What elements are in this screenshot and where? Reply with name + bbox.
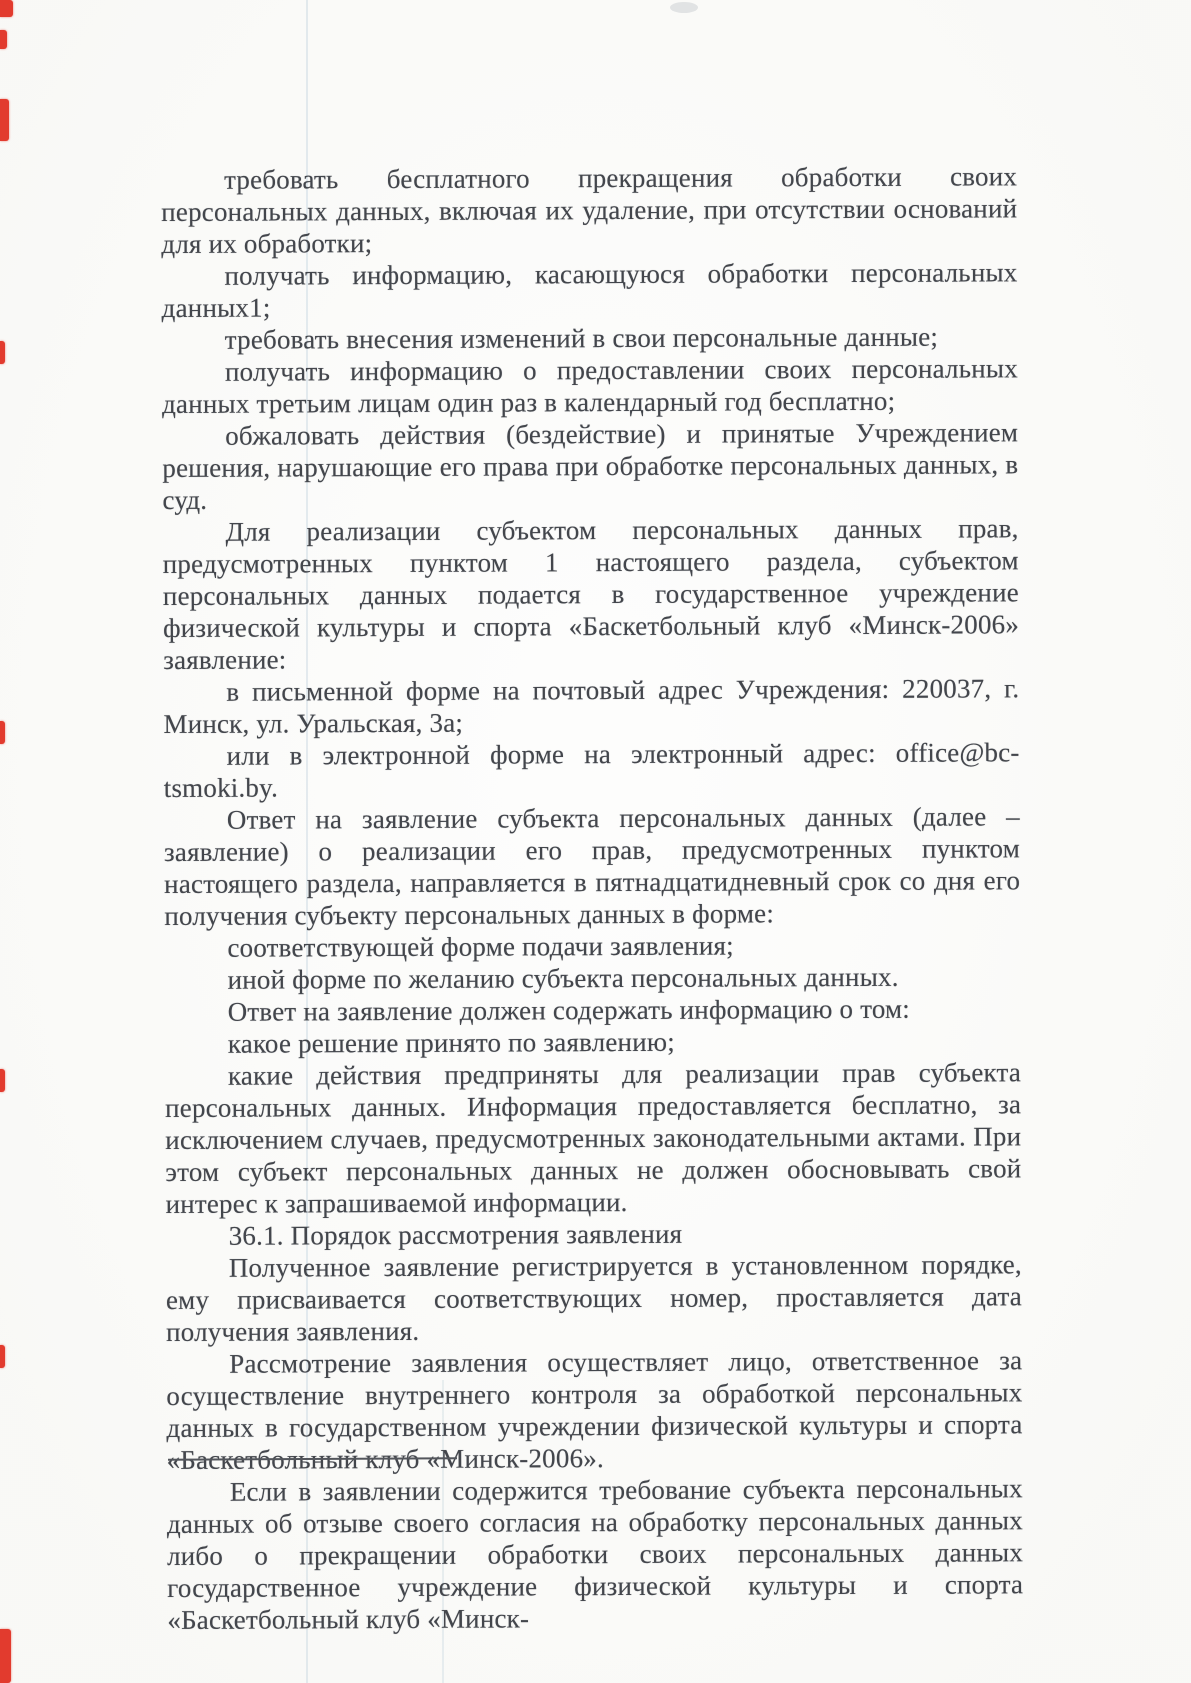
paragraph: Если в заявлении содержится требование с… xyxy=(167,1472,1024,1636)
paragraph: иной форме по желанию субъекта персональ… xyxy=(164,960,1020,996)
paragraph: получать информацию о предоставлении сво… xyxy=(162,352,1018,420)
paragraph: соответствующей форме подачи заявления; xyxy=(164,928,1020,964)
paragraph: требовать внесения изменений в свои перс… xyxy=(162,320,1018,356)
paragraph: Рассмотрение заявления осуществляет лицо… xyxy=(166,1344,1023,1476)
scan-red-edge-mark xyxy=(0,341,5,364)
scan-smudge xyxy=(670,2,698,13)
paragraph: получать информацию, касающуюся обработк… xyxy=(161,256,1017,324)
paragraph: какие действия предприняты для реализаци… xyxy=(165,1056,1022,1220)
section-heading: 36.1. Порядок рассмотрения заявления xyxy=(166,1216,1022,1252)
scan-red-edge-mark xyxy=(0,30,7,49)
scan-red-edge-mark xyxy=(0,1629,11,1683)
paragraph: требовать бесплатного прекращения обрабо… xyxy=(161,160,1017,260)
paragraph: в письменной форме на почтовый адрес Учр… xyxy=(163,672,1019,740)
paragraph: какое решение принято по заявлению; xyxy=(165,1024,1021,1060)
scan-red-edge-mark xyxy=(0,1069,5,1092)
scan-red-edge-mark xyxy=(0,1345,5,1368)
scan-red-edge-mark xyxy=(0,0,13,17)
paragraph: Для реализации субъектом персональных да… xyxy=(163,512,1020,676)
paragraph: или в электронной форме на электронный а… xyxy=(164,736,1020,804)
document-text-block: требовать бесплатного прекращения обрабо… xyxy=(161,160,1023,1636)
document-page: требовать бесплатного прекращения обрабо… xyxy=(0,0,1191,1683)
scan-red-edge-mark xyxy=(0,99,9,141)
paragraph: обжаловать действия (бездействие) и прин… xyxy=(162,416,1018,516)
scan-red-edge-mark xyxy=(0,721,5,744)
paragraph: Ответ на заявление должен содержать инфо… xyxy=(165,992,1021,1028)
paragraph: Ответ на заявление субъекта персональных… xyxy=(164,800,1021,932)
paragraph: Полученное заявление регистрируется в ус… xyxy=(166,1248,1022,1348)
